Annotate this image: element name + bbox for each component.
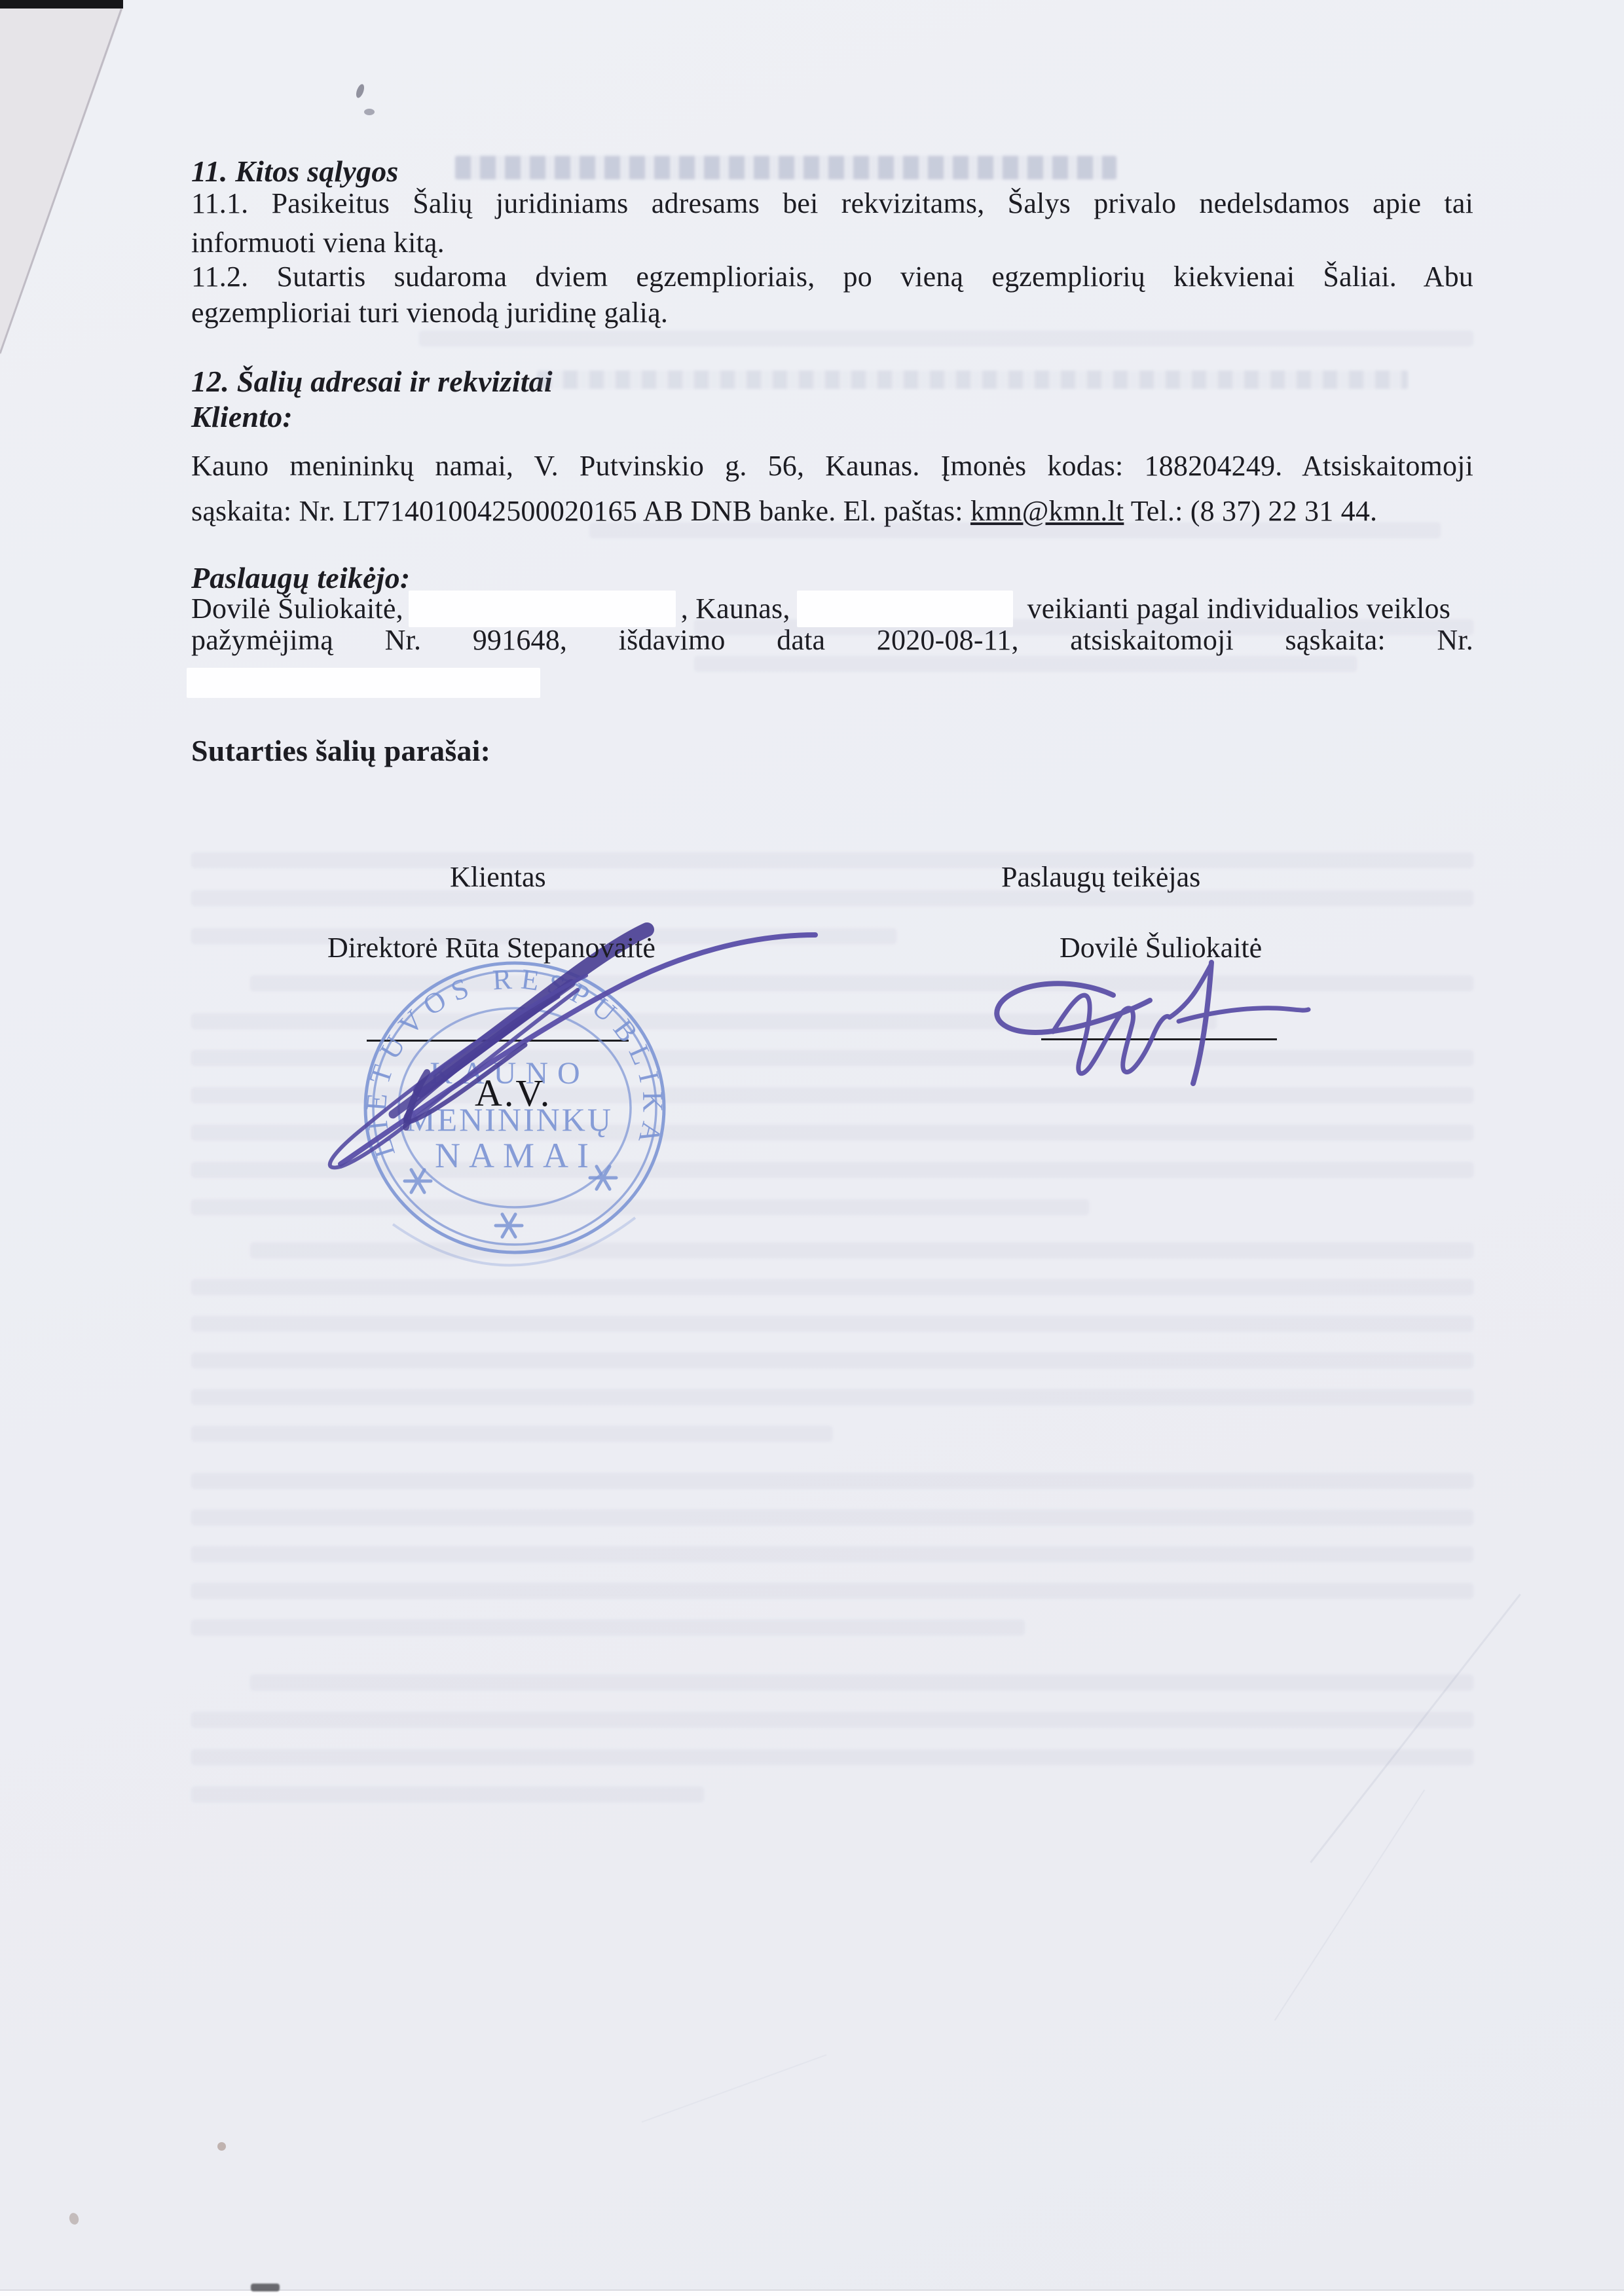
ink-speck — [68, 2212, 80, 2225]
bleed-through-line — [191, 1583, 1473, 1599]
left-signatory-name: Direktorė Rūta Stepanovaitė — [327, 928, 655, 968]
bleed-through-title — [455, 156, 1116, 179]
bleed-through-line — [191, 1620, 1025, 1635]
scanned-contract-page: { "doc": { "section11": { "heading": "11… — [0, 0, 1624, 2296]
edge-smudge — [251, 2284, 280, 2291]
paper-crease — [1310, 1594, 1521, 1863]
bleed-through-line — [191, 1353, 1473, 1368]
bleed-through-line — [191, 1510, 1473, 1525]
right-signatory-name: Dovilė Šuliokaitė — [1060, 928, 1262, 968]
bleed-through-line — [250, 1675, 1473, 1690]
bleed-through-line — [191, 1473, 1473, 1489]
bleed-through-line — [191, 1749, 1473, 1765]
seal-note: A.V. — [475, 1074, 551, 1113]
redaction-box — [797, 591, 1013, 627]
bleed-through-line — [191, 1316, 1473, 1332]
bleed-through-line — [191, 1426, 832, 1442]
paper-crease — [1274, 1789, 1425, 2020]
bleed-through-line — [191, 890, 1473, 906]
paper-crease — [642, 2054, 827, 2123]
word: pažymėjimą — [191, 621, 333, 660]
bleed-through-line — [191, 1712, 1473, 1728]
bleed-through-line — [191, 1787, 704, 1802]
bleed-through-line — [191, 1546, 1473, 1562]
scanner-edge-bottom — [0, 2291, 1624, 2296]
bleed-through-subtitle — [537, 371, 1408, 389]
clause-11-2-line2: egzemplioriai turi vienodą juridinę gali… — [191, 293, 1473, 333]
clause-11-1-line2: informuoti viena kitą. — [191, 223, 1473, 263]
redaction-box — [409, 591, 676, 627]
bleed-through-line — [191, 1389, 1473, 1405]
redaction-box — [187, 668, 540, 698]
client-label: Kliento: — [191, 397, 1473, 437]
signatures-heading: Sutarties šalių parašai: — [191, 731, 1473, 771]
bleed-through-line — [694, 656, 1357, 672]
ink-speck — [355, 83, 366, 99]
bleed-through-line — [419, 331, 1473, 346]
ink-speck — [217, 2142, 226, 2151]
bleed-through-line — [589, 522, 1441, 538]
bleed-through-line — [191, 852, 1473, 868]
ink-speck — [364, 109, 375, 115]
scanner-edge-black — [0, 0, 123, 9]
